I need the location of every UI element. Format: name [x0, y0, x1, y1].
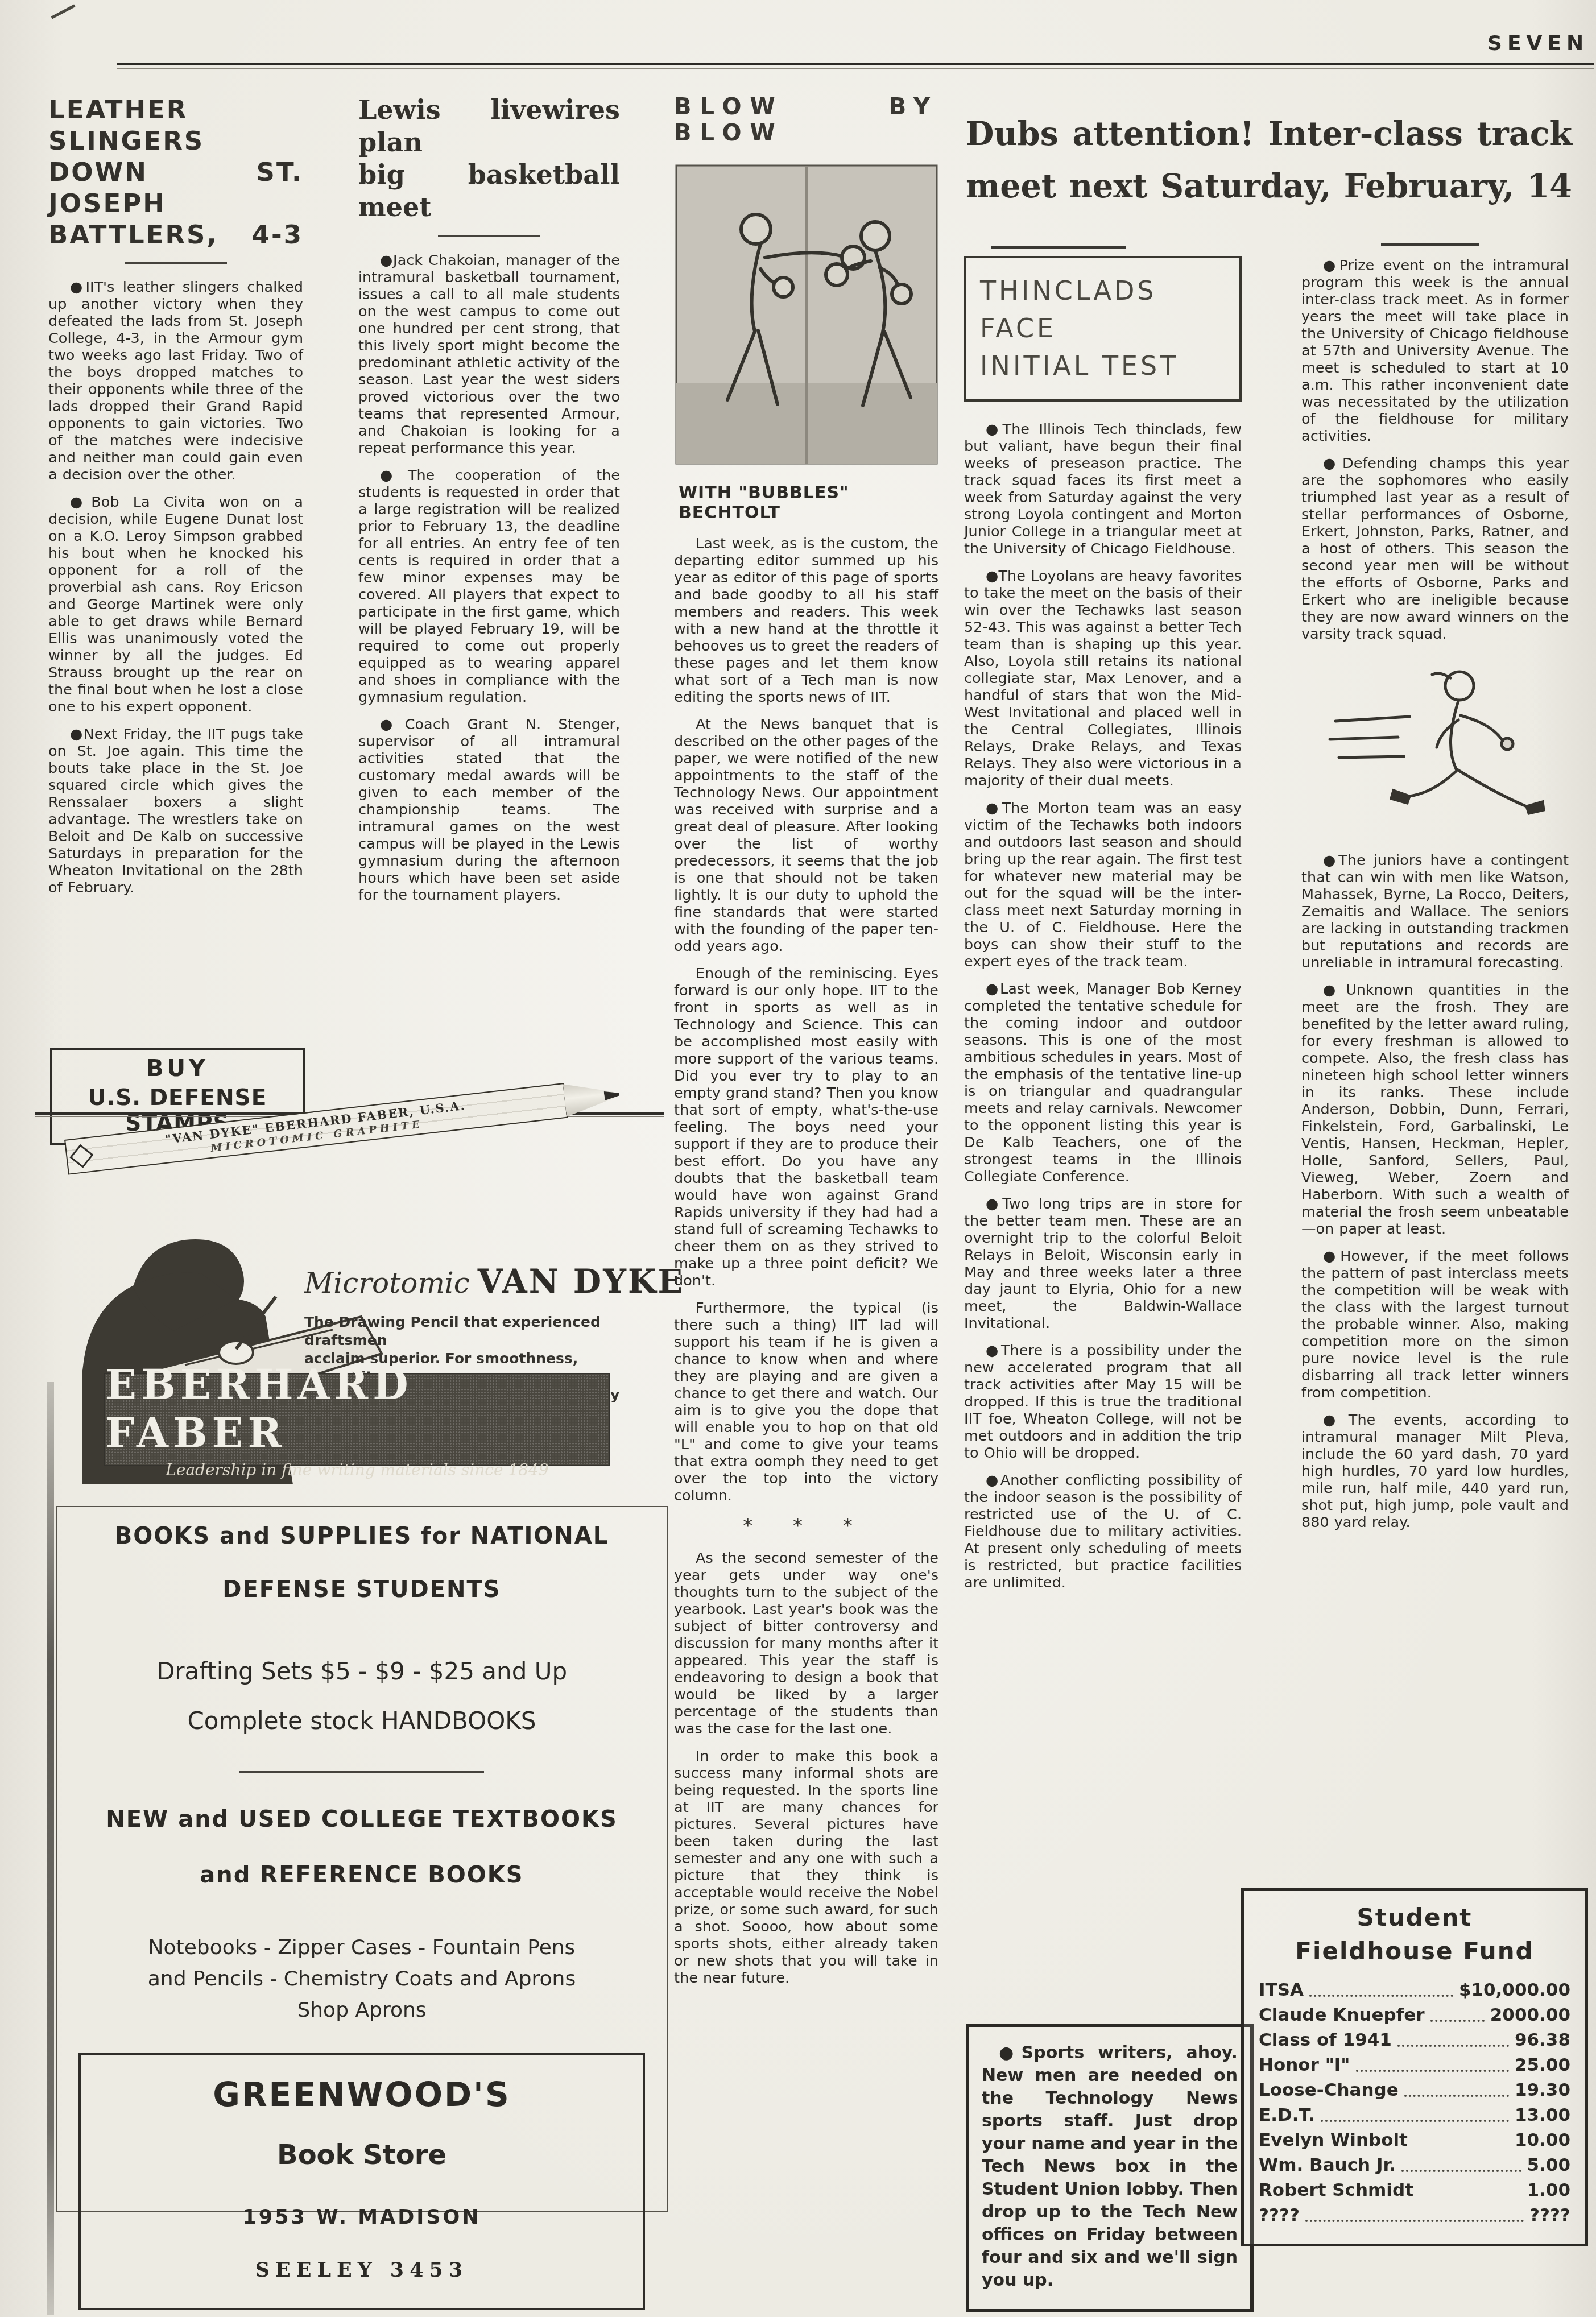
fund-row: Robert Schmidt1.00 [1259, 2178, 1570, 2203]
brand-banner: EBERHARD FABER Leadership in fine writin… [104, 1373, 610, 1466]
bookstore-line: and Pencils - Chemistry Coats and Aprons [57, 1967, 667, 1991]
column-2: Lewis livewires plan big basketball meet… [358, 94, 620, 914]
fund-label: Honor "I" [1259, 2053, 1350, 2078]
product-script-name: Microtomic [304, 1267, 470, 1300]
headline-rule [991, 246, 1126, 249]
article-paragraph: ●The Morton team was an easy victim of t… [964, 800, 1242, 970]
article-paragraph: ●Last week, Manager Bob Kerney completed… [964, 980, 1242, 1185]
byline: WITH "BUBBLES" BECHTOLT [679, 483, 938, 523]
column-3: BLOW BY BLOW [674, 94, 938, 1997]
article-paragraph: ●The Loyolans are heavy favorites to tak… [964, 568, 1242, 789]
dotted-leader [1401, 2170, 1521, 2172]
product-brand-name: VAN DYKE [478, 1263, 684, 1301]
headline-rule [125, 262, 227, 264]
article-paragraph: ●The juniors have a contingent that can … [1301, 852, 1569, 971]
fund-row: Claude Knuepfer2000.00 [1259, 2002, 1570, 2028]
greenwood-store-box: GREENWOOD'S Book Store 1953 W. MADISON S… [78, 2053, 645, 2310]
dotted-leader [1397, 2045, 1509, 2047]
bookstore-line: BOOKS and SUPPLIES for NATIONAL [57, 1523, 667, 1549]
fund-amount: $10,000.00 [1459, 1977, 1570, 2002]
fund-label: ITSA [1259, 1977, 1304, 2002]
article-paragraph: Enough of the reminiscing. Eyes forward … [674, 965, 938, 1289]
dotted-leader [1321, 2120, 1509, 2122]
top-rule [117, 63, 1594, 65]
article-paragraph: ●However, if the meet follows the patter… [1301, 1248, 1569, 1401]
bookstore-line: and REFERENCE BOOKS [57, 1862, 667, 1888]
column-1: LEATHER SLINGERS DOWN ST. JOSEPH BATTLER… [48, 94, 303, 907]
article-paragraph: ●Defending champs this year are the soph… [1301, 455, 1569, 643]
dotted-leader [1305, 2220, 1524, 2222]
fund-row: Wm. Bauch Jr.5.00 [1259, 2153, 1570, 2178]
scan-edge-streak [47, 1382, 54, 2315]
store-address: 1953 W. MADISON [81, 2206, 643, 2229]
article-paragraph: Last week, as is the custom, the departi… [674, 535, 938, 706]
thinclads-subhead-box: THINCLADS FACE INITIAL TEST [964, 256, 1242, 402]
sports-writers-recruit-box: ●Sports writers, ahoy. New men are neede… [966, 2024, 1254, 2312]
article-paragraph: ●Next Friday, the IIT pugs take on St. J… [48, 726, 303, 896]
article-paragraph: ●Another conflicting possibility of the … [964, 1472, 1242, 1591]
fieldhouse-fund-box: Student Fieldhouse Fund ITSA$10,000.00 C… [1241, 1888, 1588, 2246]
fund-amount: 1.00 [1527, 2178, 1571, 2203]
fund-row: Honor "I"25.00 [1259, 2053, 1570, 2078]
article-paragraph: ●IIT's leather slingers chalked up anoth… [48, 279, 303, 483]
brand-banner-tagline: Leadership in fine writing materials sin… [166, 1460, 548, 1479]
fund-label: Claude Knuepfer [1259, 2002, 1425, 2028]
dotted-leader [1430, 2020, 1485, 2022]
article-paragraph: As the second semester of the year gets … [674, 1550, 938, 1737]
fund-amount: 5.00 [1527, 2153, 1571, 2178]
fund-row: Loose-Change19.30 [1259, 2078, 1570, 2103]
fund-amount: 19.30 [1515, 2078, 1570, 2103]
store-phone: SEELEY 3453 [81, 2258, 643, 2282]
bookstore-line: Complete stock HANDBOOKS [57, 1707, 667, 1735]
fund-label: Evelyn Winbolt [1259, 2128, 1408, 2153]
fund-label: ???? [1259, 2203, 1300, 2228]
bookstore-line: Shop Aprons [57, 1999, 667, 2022]
article-paragraph: ●The events, according to intramural man… [1301, 1412, 1569, 1531]
newspaper-page: SEVEN LEATHER SLINGERS DOWN ST. JOSEPH B… [0, 0, 1596, 2317]
column-5: ●Prize event on the intramural program t… [1301, 257, 1569, 1541]
bookstore-line: DEFENSE STUDENTS [57, 1577, 667, 1603]
store-name: GREENWOOD'S [81, 2075, 643, 2114]
section-break: * * * [674, 1515, 938, 1537]
fund-table: ITSA$10,000.00 Claude Knuepfer2000.00 Cl… [1259, 1977, 1570, 2228]
dotted-leader [1309, 1995, 1453, 1997]
article-paragraph: ●Jack Chakoian, manager of the intramura… [358, 252, 620, 457]
fund-title: Fieldhouse Fund [1259, 1937, 1570, 1965]
track-meet-headline: Dubs attention! Inter-class track meet n… [966, 108, 1572, 213]
fund-amount: 2000.00 [1490, 2002, 1570, 2028]
runner-illustration [1324, 653, 1552, 846]
fund-row: E.D.T.13.00 [1259, 2103, 1570, 2128]
dotted-leader [1356, 2070, 1509, 2072]
article-paragraph: ●There is a possibility under the new ac… [964, 1342, 1242, 1462]
fund-label: Robert Schmidt [1259, 2178, 1413, 2203]
article-paragraph: ●Two long trips are in store for the bet… [964, 1195, 1242, 1332]
boxing-article-headline: LEATHER SLINGERS DOWN ST. JOSEPH BATTLER… [48, 94, 303, 250]
column-4: THINCLADS FACE INITIAL TEST ●The Illinoi… [964, 256, 1242, 1602]
recruit-box-text: ●Sports writers, ahoy. New men are neede… [982, 2042, 1238, 2292]
fund-amount: 10.00 [1515, 2128, 1570, 2153]
fund-row: Evelyn Winbolt10.00 [1259, 2128, 1570, 2153]
article-paragraph: ●Unknown quantities in the meet are the … [1301, 982, 1569, 1238]
fund-label: E.D.T. [1259, 2103, 1315, 2128]
van-dyke-pencil-ad: "VAN DYKE" EBERHARD FABER, U.S.A. MICROT… [54, 1127, 665, 1496]
ad-divider-rule [239, 1771, 484, 1773]
article-paragraph: ●The Illinois Tech thinclads, few but va… [964, 421, 1242, 557]
fund-label: Loose-Change [1259, 2078, 1399, 2103]
headline-rule [438, 235, 540, 237]
brand-banner-name: EBERHARD FABER [105, 1360, 609, 1457]
product-name-line: MicrotomicVAN DYKE [304, 1263, 657, 1301]
bookstore-ad: BOOKS and SUPPLIES for NATIONAL DEFENSE … [56, 1506, 668, 2212]
fund-row: Class of 194196.38 [1259, 2028, 1570, 2053]
blow-by-blow-headline: BLOW BY BLOW [674, 94, 938, 146]
article-paragraph: ●Coach Grant N. Stenger, supervisor of a… [358, 716, 620, 904]
fund-label: Wm. Bauch Jr. [1259, 2153, 1396, 2178]
scan-corner-mark [51, 4, 76, 19]
fund-title: Student [1259, 1904, 1570, 1931]
fund-row: ITSA$10,000.00 [1259, 1977, 1570, 2002]
boxing-illustration [675, 161, 938, 468]
fund-label: Class of 1941 [1259, 2028, 1392, 2053]
page-number-label: SEVEN [1487, 32, 1589, 55]
fund-amount: 96.38 [1515, 2028, 1570, 2053]
store-type: Book Store [81, 2139, 643, 2171]
bookstore-line: Drafting Sets $5 - $9 - $25 and Up [57, 1657, 667, 1685]
top-rule-shadow [117, 68, 1594, 69]
fund-amount: 25.00 [1515, 2053, 1570, 2078]
article-paragraph: ●The cooperation of the students is requ… [358, 467, 620, 706]
article-paragraph: ●Prize event on the intramural program t… [1301, 257, 1569, 445]
dotted-leader [1404, 2095, 1509, 2097]
fund-amount: ???? [1529, 2203, 1570, 2228]
article-paragraph: At the News banquet that is described on… [674, 716, 938, 955]
bookstore-line: NEW and USED COLLEGE TEXTBOOKS [57, 1806, 667, 1832]
headline-rule [1381, 243, 1479, 246]
article-paragraph: In order to make this book a success man… [674, 1748, 938, 1987]
fund-amount: 13.00 [1515, 2103, 1570, 2128]
basketball-article-headline: Lewis livewires plan big basketball meet [358, 94, 620, 224]
article-paragraph: ●Bob La Civita won on a decision, while … [48, 494, 303, 715]
bookstore-line: Notebooks - Zipper Cases - Fountain Pens [57, 1936, 667, 1959]
article-paragraph: Furthermore, the typical (is there such … [674, 1300, 938, 1504]
fund-row: ???????? [1259, 2203, 1570, 2228]
defense-stamps-line: BUY [55, 1056, 300, 1082]
